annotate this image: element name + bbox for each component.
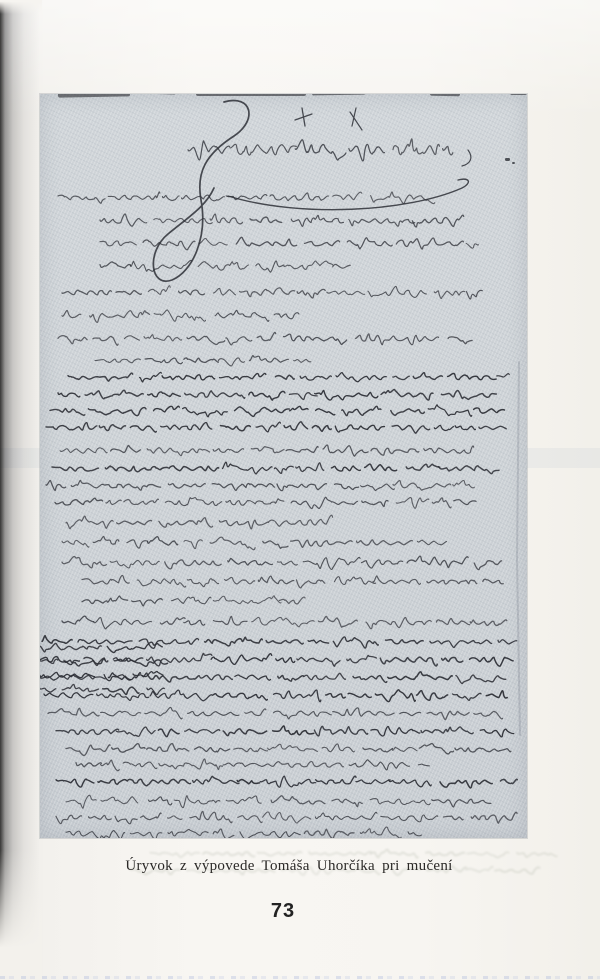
gutter-shadow-fade-top (0, 0, 42, 14)
manuscript-handwriting (40, 94, 527, 838)
gutter-shadow (0, 0, 40, 980)
scan-edge-artifacts (0, 976, 600, 979)
page-number: 73 (0, 900, 583, 923)
photo-caption: Úryvok z výpovede Tomáša Uhorčíka pri mu… (0, 858, 589, 875)
gutter-shadow-fade-bottom (0, 850, 42, 980)
manuscript-photo (40, 94, 527, 838)
book-page: Úryvok z výpovede Tomáša Uhorčíka pri mu… (0, 0, 600, 980)
